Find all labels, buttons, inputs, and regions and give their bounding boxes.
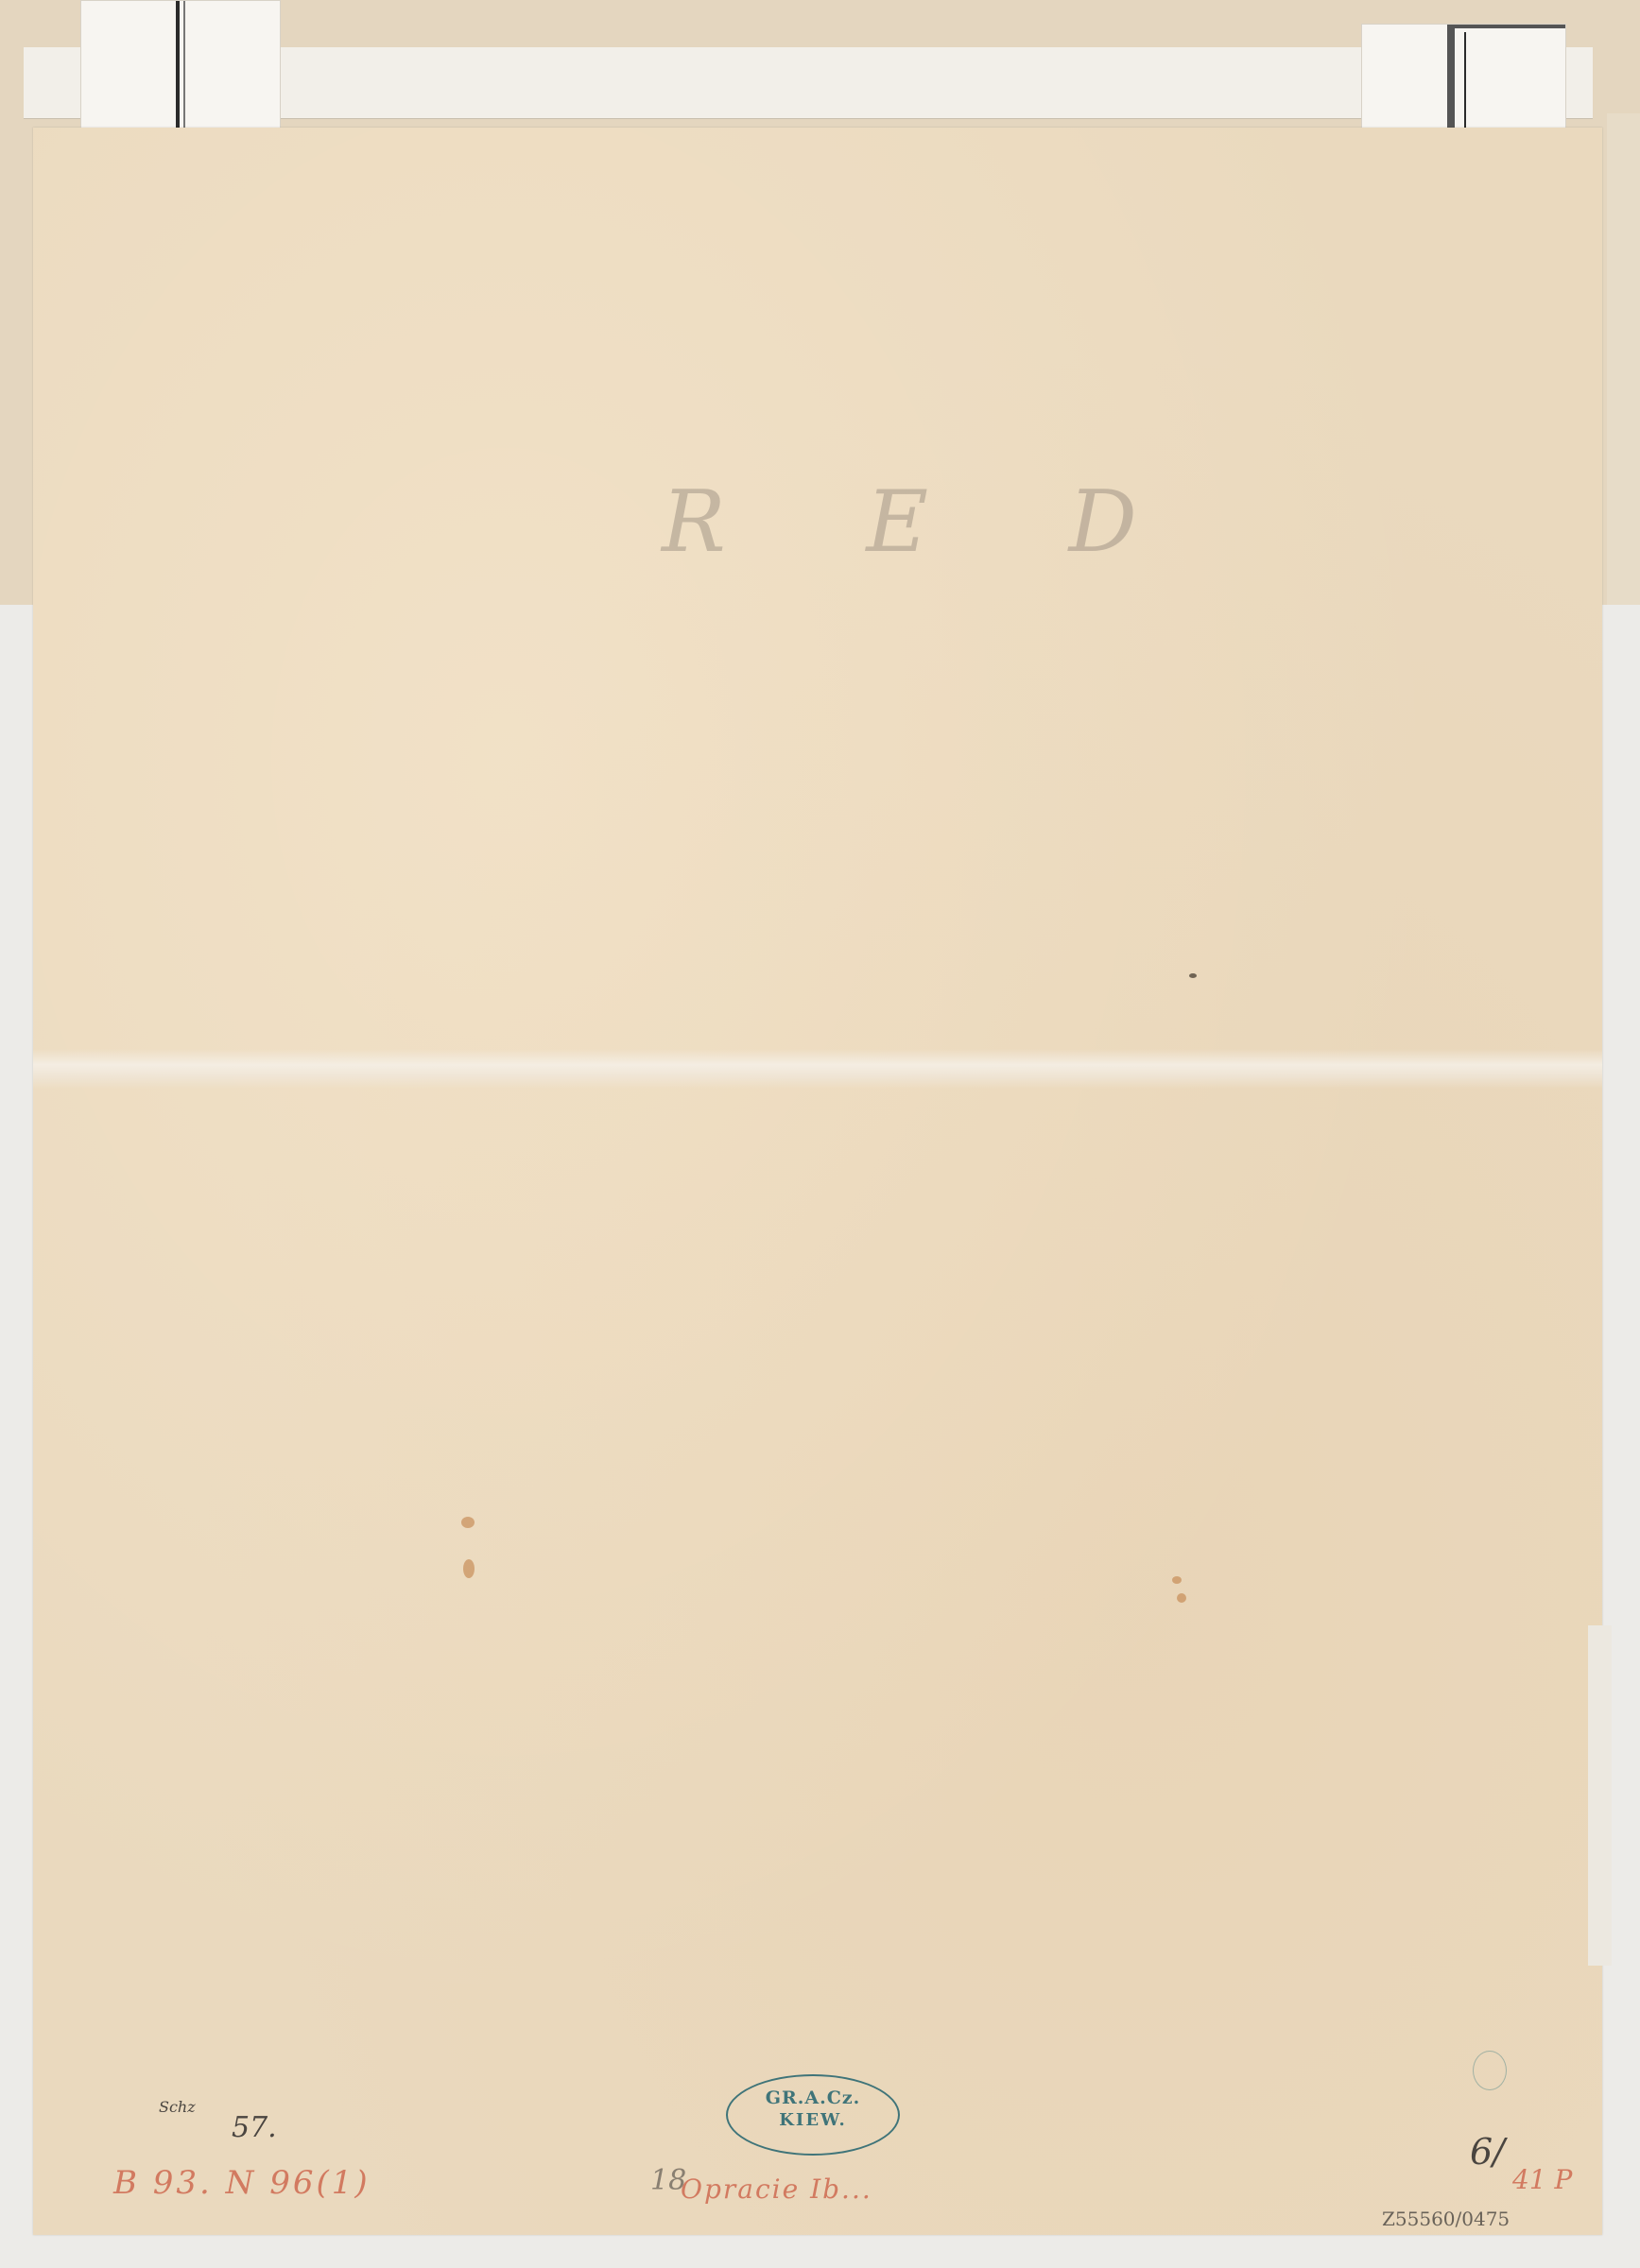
foxing-spot — [1172, 1576, 1182, 1584]
collector-stamp: GR.A.Cz. KIEW. — [726, 2074, 900, 2156]
hinge-tab-right — [1361, 24, 1566, 137]
inscription-number: 57. — [232, 2111, 277, 2144]
inscription-pencil-mark: Schz — [159, 2098, 196, 2116]
faint-round-stamp — [1473, 2051, 1507, 2090]
inscription-red-chalk-left: B 93. N 96(1) — [113, 2164, 371, 2202]
inscription-fraction: 6/ — [1470, 2131, 1505, 2173]
mount-edge — [1607, 113, 1640, 605]
foxing-spot — [463, 1559, 475, 1578]
paper-sheet — [33, 128, 1602, 2235]
frame-rule — [1447, 25, 1455, 136]
show-through-drawing: R E D — [662, 472, 1194, 572]
edge-repair — [1588, 1625, 1612, 1966]
foxing-spot — [461, 1517, 475, 1528]
frame-rule — [1464, 32, 1466, 136]
inscription-red-chalk-right: 41 P — [1512, 2164, 1572, 2195]
stamp-line-1: GR.A.Cz. — [728, 2088, 898, 2108]
stamp-line-2: KIEW. — [728, 2110, 898, 2130]
foxing-spot — [1177, 1593, 1186, 1603]
center-fold — [33, 1049, 1602, 1089]
foxing-spot — [1189, 973, 1197, 978]
inscription-red-chalk-center: Opracie Ib... — [681, 2173, 872, 2205]
inventory-number: Z55560/0475 — [1382, 2208, 1510, 2230]
frame-rule — [1447, 25, 1565, 28]
